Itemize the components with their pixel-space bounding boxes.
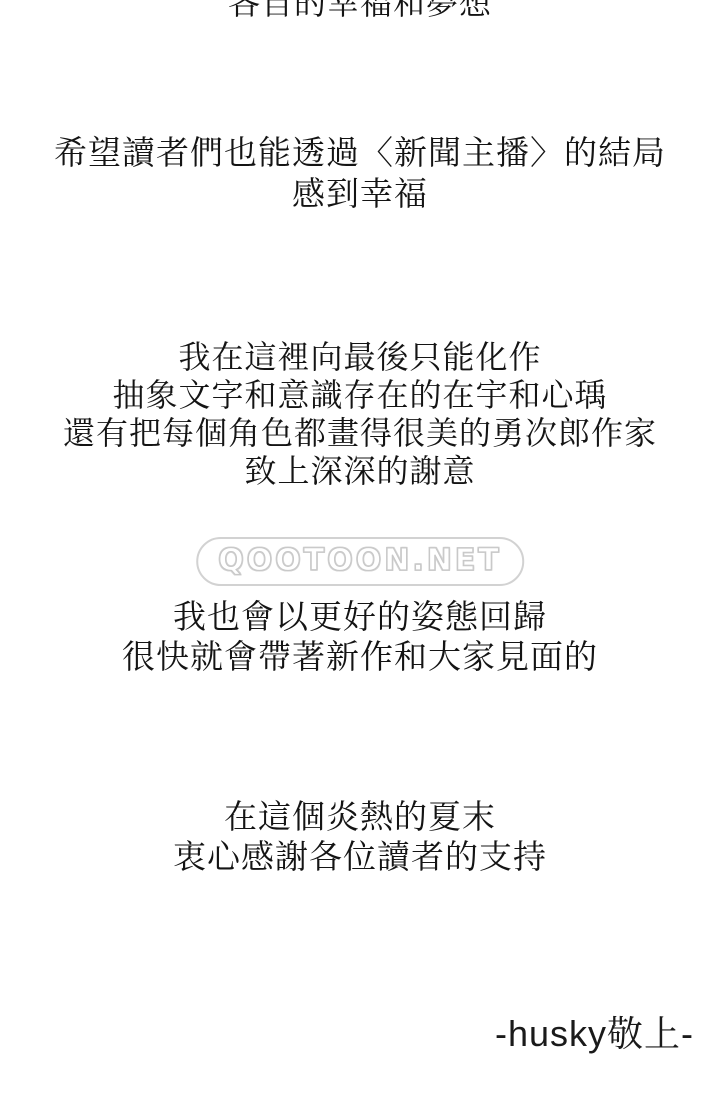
afterword-page: 各自的幸福和夢想 希望讀者們也能透過〈新聞主播〉的結局 感到幸福 我在這裡向最後… <box>0 0 720 1100</box>
paragraph-summer-thanks: 在這個炎熱的夏末 衷心感謝各位讀者的支持 <box>0 797 720 877</box>
text-line: 我也會以更好的姿態回歸 <box>0 597 720 637</box>
text-line: 感到幸福 <box>0 173 720 214</box>
text-line: 各自的幸福和夢想 <box>0 0 720 22</box>
site-watermark-text: QOOTOON.NET <box>218 543 502 578</box>
paragraph-thanks-characters: 我在這裡向最後只能化作 抽象文字和意識存在的在宇和心瑀 還有把每個角色都畫得很美… <box>0 338 720 490</box>
top-cut-line: 各自的幸福和夢想 <box>0 0 720 22</box>
text-line: 我在這裡向最後只能化作 <box>0 338 720 376</box>
text-line: 致上深深的謝意 <box>0 452 720 490</box>
author-signature: -husky敬上- <box>495 1006 694 1057</box>
text-line: 還有把每個角色都畫得很美的勇次郎作家 <box>0 414 720 452</box>
site-watermark-badge: QOOTOON.NET <box>196 537 524 586</box>
text-line: 很快就會帶著新作和大家見面的 <box>0 637 720 677</box>
paragraph-return-promise: 我也會以更好的姿態回歸 很快就會帶著新作和大家見面的 <box>0 597 720 677</box>
text-line: 希望讀者們也能透過〈新聞主播〉的結局 <box>0 132 720 173</box>
text-line: 抽象文字和意識存在的在宇和心瑀 <box>0 376 720 414</box>
text-line: 在這個炎熱的夏末 <box>0 797 720 837</box>
text-line: 衷心感謝各位讀者的支持 <box>0 837 720 877</box>
paragraph-hope-readers: 希望讀者們也能透過〈新聞主播〉的結局 感到幸福 <box>0 132 720 214</box>
